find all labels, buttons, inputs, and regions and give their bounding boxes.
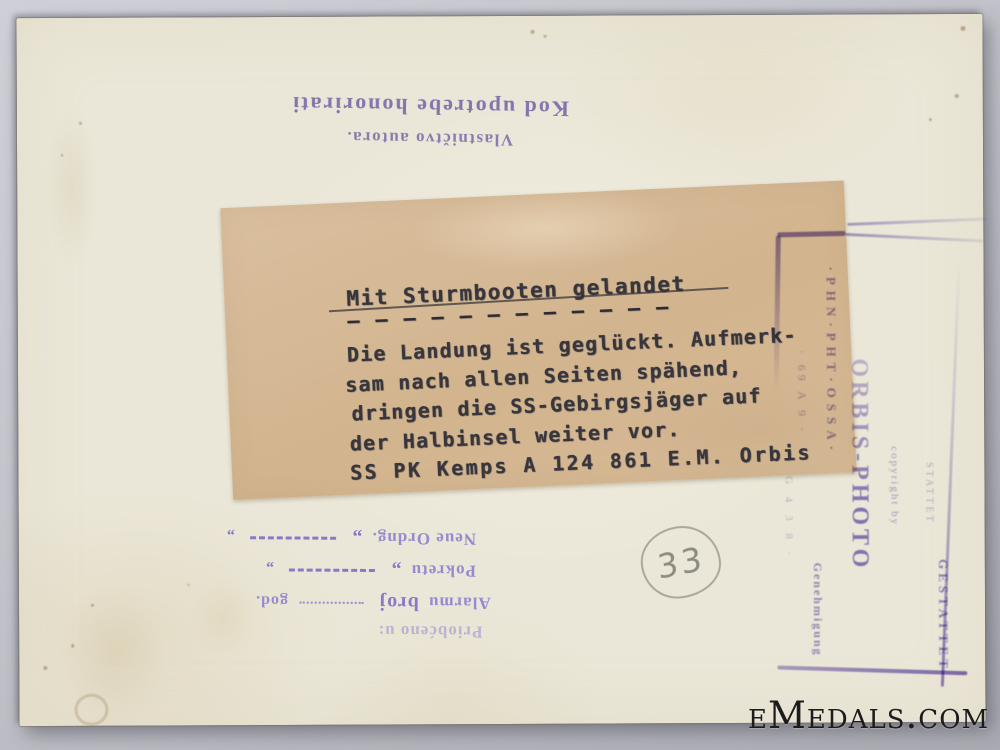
agency-stamp-orbis-photo: ORBIS-PHOTO xyxy=(845,358,873,571)
ownership-stamp-line2: Kod upotrebe honorirati xyxy=(260,85,601,127)
smudge-stain xyxy=(179,562,269,672)
publication-row-mark: „ xyxy=(390,560,401,582)
publication-row-tail: „ xyxy=(265,560,274,577)
stamp-smear-line xyxy=(845,233,983,243)
speck-stain xyxy=(961,26,966,31)
speck-stain xyxy=(955,94,959,98)
speck-stain xyxy=(544,35,547,38)
agency-stamp-copyright: copyright by xyxy=(888,446,900,526)
speck-stain xyxy=(187,583,190,586)
caption-label: Mit Sturmbooten gelandet — – – — – – — —… xyxy=(220,180,856,499)
speck-stain xyxy=(531,30,535,34)
ring-stain xyxy=(74,694,108,726)
scan-background: Vlastničtvo autora. Kod upotrebe honorir… xyxy=(0,0,1000,750)
publication-row-rule xyxy=(250,537,336,541)
agency-stamp-edge-fragment: ·PHN·PHT·OSSA· xyxy=(823,267,840,457)
publication-stamp-header: Priobćeno u: xyxy=(265,617,482,644)
publication-row-name: Alarmu xyxy=(428,593,491,612)
photo-back: Vlastničtvo autora. Kod upotrebe honorir… xyxy=(16,14,985,726)
publication-row-name: Pokretu xyxy=(411,561,476,580)
publication-row-tail: god. xyxy=(255,592,288,609)
ownership-stamp-line1: Vlastničtvo autora. xyxy=(259,121,599,155)
photo-number-circle: 33 xyxy=(638,523,724,602)
publication-row-mark: „ xyxy=(351,528,362,550)
caption-body: Die Landung ist geglückt. Aufmerk- sam n… xyxy=(346,320,812,488)
ownership-stamp: Vlastničtvo autora. Kod upotrebe honorir… xyxy=(259,75,600,155)
speck-stain xyxy=(91,604,94,607)
agency-stamp-edge-fragment-faint: · 69 A 9 · xyxy=(794,350,809,435)
publication-stamp-row: Neue Ordng. „ „ xyxy=(266,521,476,554)
agency-stamp-fragment-genehmigung: Genehmigung xyxy=(810,563,825,657)
publication-row-tail: „ xyxy=(226,528,235,545)
agency-stamp-fragment-stattet: STATTET xyxy=(923,462,934,524)
speck-stain xyxy=(929,118,932,121)
publication-row-rule xyxy=(299,601,363,603)
publication-stamp-row: Alarmu broj god. xyxy=(266,585,491,618)
photo-number: 33 xyxy=(655,538,706,586)
smudge-stain xyxy=(37,78,108,298)
stamp-smear-line xyxy=(847,217,987,225)
publication-row-mark: broj xyxy=(378,592,418,614)
speck-stain xyxy=(71,644,74,648)
agency-stamp-fragment-numbers: · G 4 3 8 · xyxy=(782,460,794,561)
publication-stamp-row: Pokretu „ „ xyxy=(266,553,476,586)
publication-stamp: Priobćeno u: Alarmu broj god. Pokretu „ … xyxy=(265,505,591,645)
publication-row-rule xyxy=(289,569,375,573)
smudge-stain xyxy=(43,557,184,748)
speck-stain xyxy=(61,154,63,157)
speck-stain xyxy=(43,666,47,670)
watermark: eMedals.com xyxy=(748,694,989,737)
publication-row-name: Neue Ordng. xyxy=(372,529,477,549)
speck-stain xyxy=(79,122,82,125)
